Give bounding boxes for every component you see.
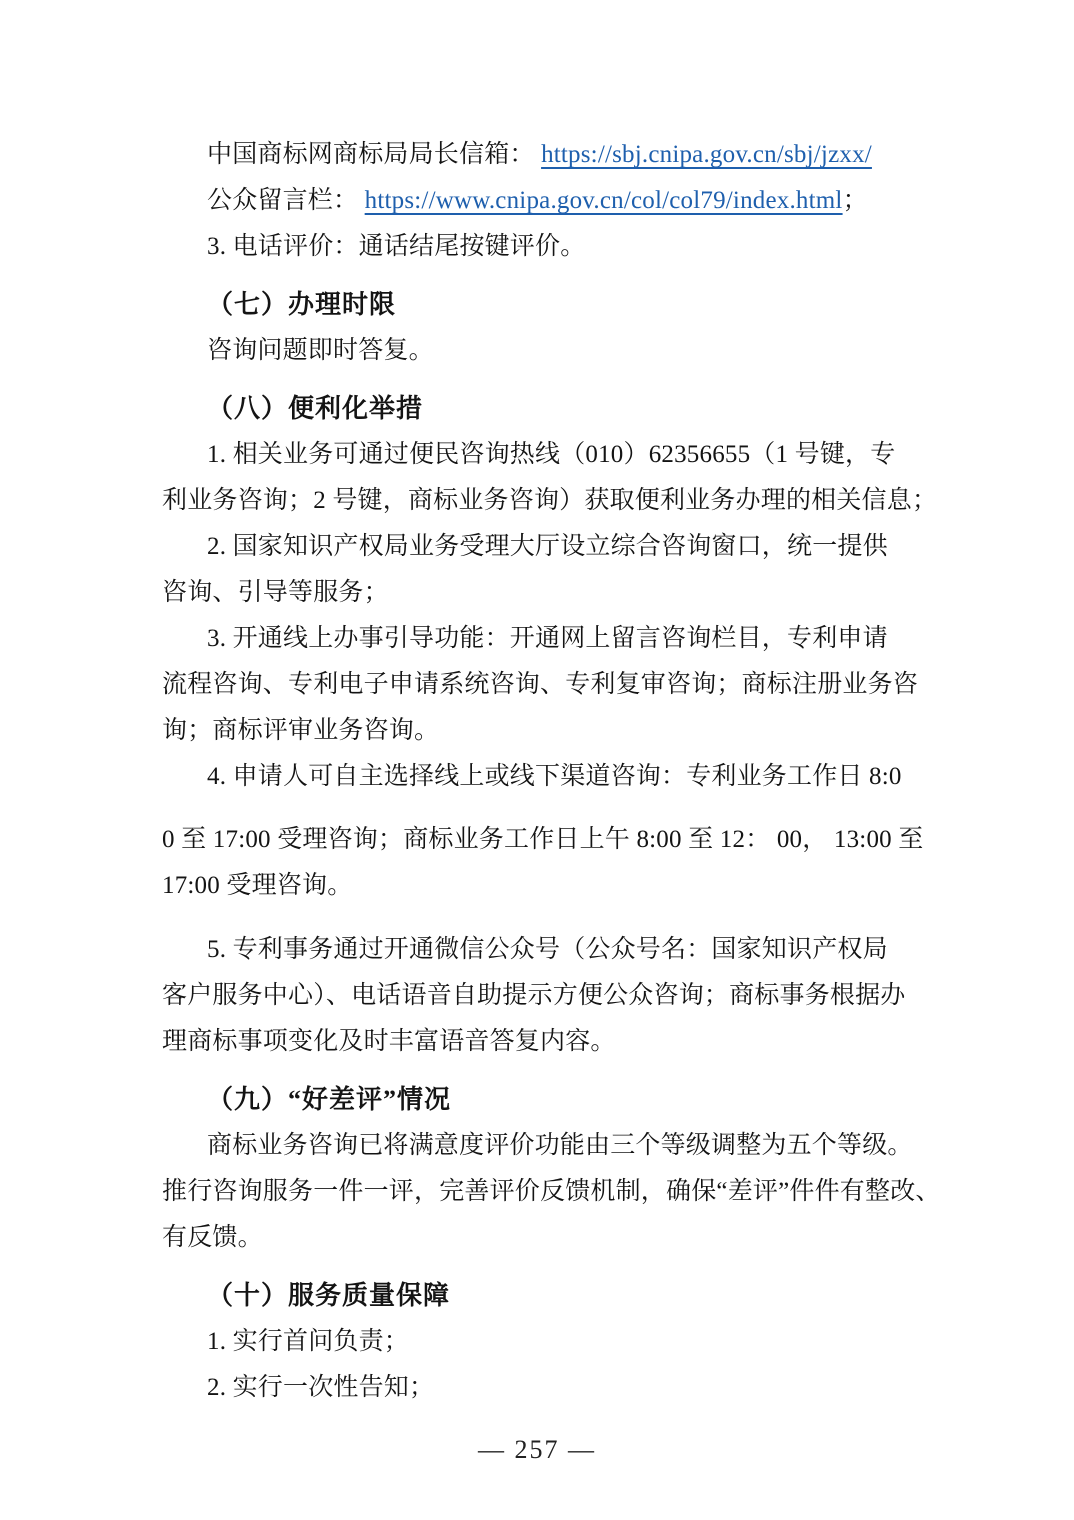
section-8-item3-line2: 流程咨询、专利电子申请系统咨询、专利复审咨询；商标注册业务咨 <box>162 662 912 708</box>
page-number: — 257 — <box>478 1435 596 1464</box>
section-7-heading: （七）办理时限 <box>162 282 912 328</box>
mailbox-label: 中国商标网商标局局长信箱： <box>207 141 535 168</box>
section-8-item2-line2: 咨询、引导等服务； <box>162 570 912 616</box>
section-8-item3-line1: 3. 开通线上办事引导功能：开通网上留言咨询栏目，专利申请 <box>162 616 912 662</box>
message-board-link[interactable]: https://www.cnipa.gov.cn/col/col79/index… <box>365 187 843 214</box>
message-board-label: 公众留言栏： <box>207 187 358 214</box>
section-8-item1-line1: 1. 相关业务可通过便民咨询热线（010）62356655（1 号键，专 <box>162 432 912 478</box>
document-page: 中国商标网商标局局长信箱： https://sbj.cnipa.gov.cn/s… <box>0 0 1074 1520</box>
section-10-heading: （十）服务质量保障 <box>162 1273 912 1319</box>
intro-line-mailbox: 中国商标网商标局局长信箱： https://sbj.cnipa.gov.cn/s… <box>162 132 912 178</box>
section-8-item3-line3: 询；商标评审业务咨询。 <box>162 708 912 754</box>
section-8-item4-line2: 0 至 17:00 受理咨询；商标业务工作日上午 8:00 至 12： 00， … <box>162 817 912 863</box>
section-8-item2-line1: 2. 国家知识产权局业务受理大厅设立综合咨询窗口，统一提供 <box>162 524 912 570</box>
section-8-item5-line3: 理商标事项变化及时丰富语音答复内容。 <box>162 1019 912 1065</box>
section-8-heading: （八）便利化举措 <box>162 386 912 432</box>
director-mailbox-link[interactable]: https://sbj.cnipa.gov.cn/sbj/jzxx/ <box>541 141 872 168</box>
section-10-item2: 2. 实行一次性告知； <box>162 1365 912 1411</box>
section-8-item4-line3: 17:00 受理咨询。 <box>162 863 912 909</box>
section-9-line1: 商标业务咨询已将满意度评价功能由三个等级调整为五个等级。 <box>162 1123 912 1169</box>
intro-line-phone-eval: 3. 电话评价：通话结尾按键评价。 <box>162 224 912 270</box>
intro-line-message-board: 公众留言栏： https://www.cnipa.gov.cn/col/col7… <box>162 178 912 224</box>
document-body: 中国商标网商标局局长信箱： https://sbj.cnipa.gov.cn/s… <box>0 0 1074 1473</box>
section-8-item1-line2: 利业务咨询；2 号键，商标业务咨询）获取便利业务办理的相关信息； <box>162 478 912 524</box>
section-9-heading: （九）“好差评”情况 <box>162 1077 912 1123</box>
section-9-line3: 有反馈。 <box>162 1215 912 1261</box>
section-7-body: 咨询问题即时答复。 <box>162 328 912 374</box>
page-footer: — 257 — <box>162 1427 912 1473</box>
section-10-item1: 1. 实行首问负责； <box>162 1319 912 1365</box>
section-8-item5-line2: 客户服务中心）、电话语音自助提示方便公众咨询；商标事务根据办 <box>162 973 912 1019</box>
message-board-suffix: ； <box>843 187 868 214</box>
section-8-item5-line1: 5. 专利事务通过开通微信公众号（公众号名：国家知识产权局 <box>162 927 912 973</box>
section-8-item4-line1: 4. 申请人可自主选择线上或线下渠道咨询：专利业务工作日 8:0 <box>162 754 912 800</box>
section-9-line2: 推行咨询服务一件一评，完善评价反馈机制，确保“差评”件件有整改、 <box>162 1169 912 1215</box>
